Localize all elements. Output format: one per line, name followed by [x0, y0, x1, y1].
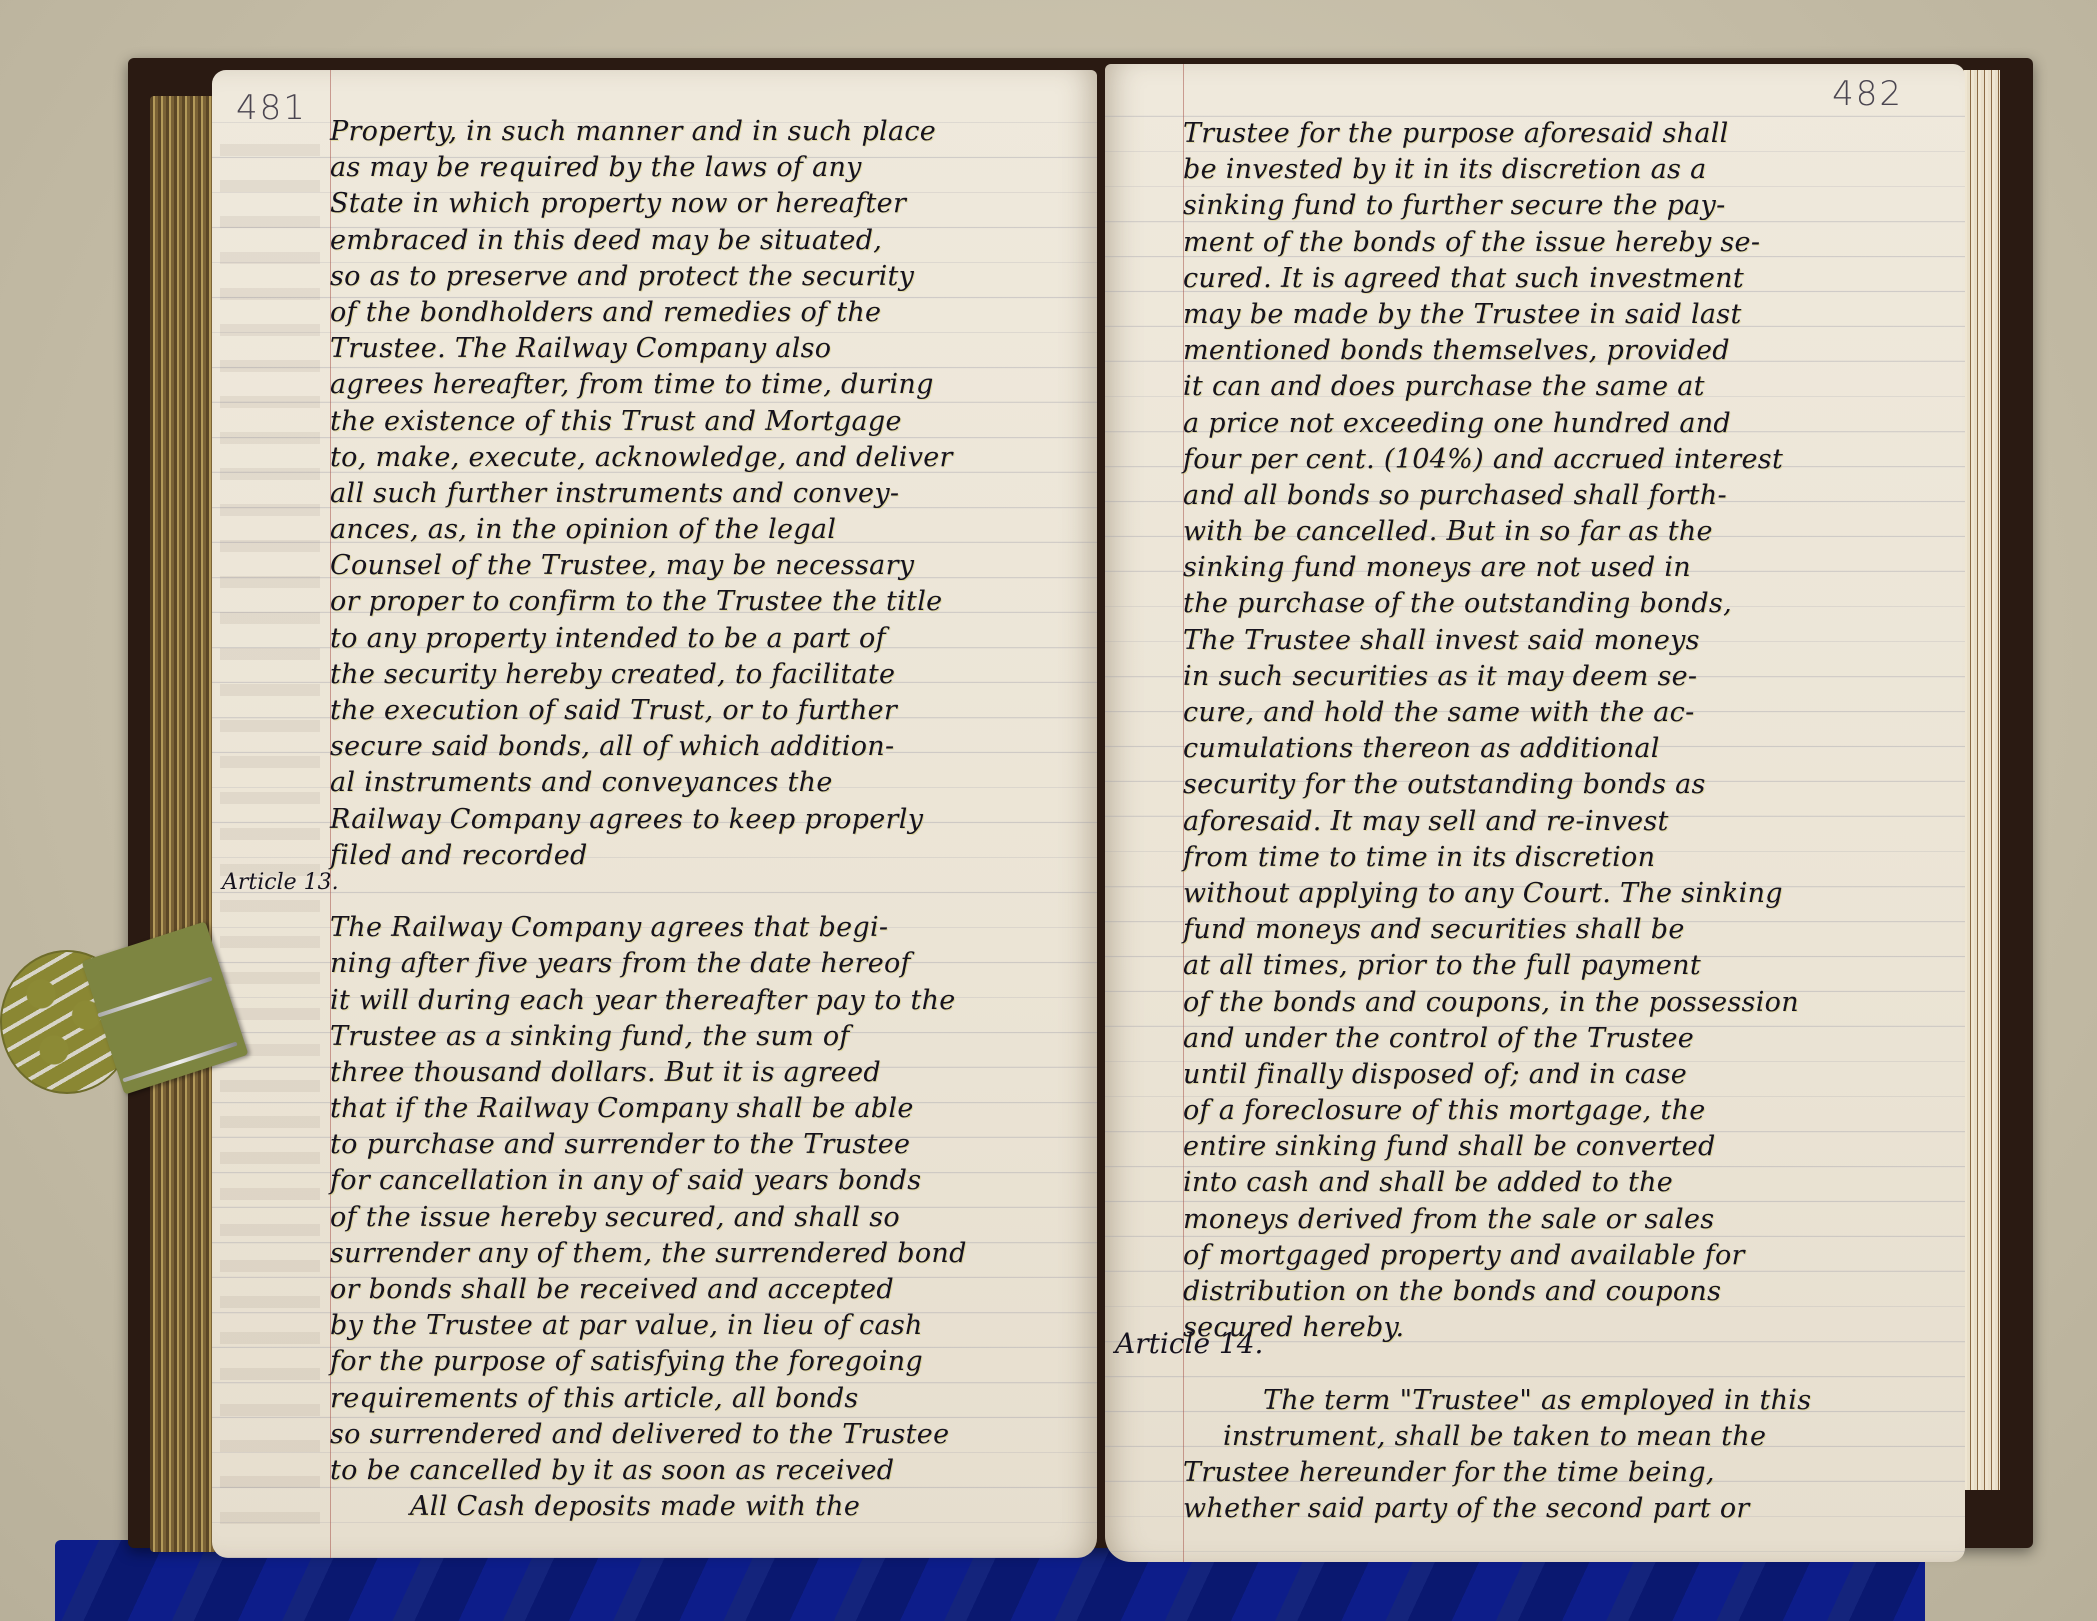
left-page: 481 Property, in such manner and in such… [212, 70, 1097, 1558]
text-line: al instruments and conveyances the [330, 765, 1090, 801]
text-line: that if the Railway Company shall be abl… [330, 1091, 1090, 1127]
text-line: or proper to confirm to the Trustee the … [330, 584, 1090, 620]
article-heading: Article 13. [222, 870, 339, 895]
text-line: cured. It is agreed that such investment [1183, 261, 1953, 297]
text-line: with be cancelled. But in so far as the [1183, 514, 1953, 550]
text-line: four per cent. (104%) and accrued intere… [1183, 442, 1953, 478]
page-number: 481 [236, 88, 307, 128]
text-line: aforesaid. It may sell and re-invest [1183, 804, 1953, 840]
text-line: secure said bonds, all of which addition… [330, 729, 1090, 765]
text-line: for the purpose of satisfying the forego… [330, 1344, 1090, 1380]
text-line: to, make, execute, acknowledge, and deli… [330, 440, 1090, 476]
text-line [1183, 1346, 1953, 1382]
text-line: sinking fund to further secure the pay- [1183, 188, 1953, 224]
text-line: Counsel of the Trustee, may be necessary [330, 548, 1090, 584]
text-line: of a foreclosure of this mortgage, the [1183, 1093, 1953, 1129]
text-line: to any property intended to be a part of [330, 621, 1090, 657]
text-line: mentioned bonds themselves, provided [1183, 333, 1953, 369]
text-line: cure, and hold the same with the ac- [1183, 695, 1953, 731]
text-line: Railway Company agrees to keep properly [330, 802, 1090, 838]
text-line: or bonds shall be received and accepted [330, 1272, 1090, 1308]
text-line: may be made by the Trustee in said last [1183, 297, 1953, 333]
text-line: and under the control of the Trustee [1183, 1021, 1953, 1057]
text-line: Trustee. The Railway Company also [330, 331, 1090, 367]
bleed-through-text [220, 130, 320, 1530]
text-line: Trustee hereunder for the time being, [1183, 1455, 1953, 1491]
text-line: security for the outstanding bonds as [1183, 767, 1953, 803]
text-line [330, 874, 1090, 910]
text-line: the execution of said Trust, or to furth… [330, 693, 1090, 729]
text-line: so surrendered and delivered to the Trus… [330, 1417, 1090, 1453]
text-line: distribution on the bonds and coupons [1183, 1274, 1953, 1310]
text-line: the security hereby created, to facilita… [330, 657, 1090, 693]
text-line: State in which property now or hereafter [330, 186, 1090, 222]
text-line: and all bonds so purchased shall forth- [1183, 478, 1953, 514]
text-line: at all times, prior to the full payment [1183, 948, 1953, 984]
text-line: to be cancelled by it as soon as receive… [330, 1453, 1090, 1489]
text-line: sinking fund moneys are not used in [1183, 550, 1953, 586]
text-line: of mortgaged property and available for [1183, 1238, 1953, 1274]
left-page-text: Property, in such manner and in such pla… [330, 114, 1090, 1525]
text-line: from time to time in its discretion [1183, 840, 1953, 876]
text-line: agrees hereafter, from time to time, dur… [330, 367, 1090, 403]
text-line: it can and does purchase the same at [1183, 369, 1953, 405]
text-line: to purchase and surrender to the Trustee [330, 1127, 1090, 1163]
text-line: Trustee for the purpose aforesaid shall [1183, 116, 1953, 152]
text-line: fund moneys and securities shall be [1183, 912, 1953, 948]
text-line: Property, in such manner and in such pla… [330, 114, 1090, 150]
text-line: for cancellation in any of said years bo… [330, 1163, 1090, 1199]
text-line: in such securities as it may deem se- [1183, 659, 1953, 695]
text-line: as may be required by the laws of any [330, 150, 1090, 186]
text-line: secured hereby. [1183, 1310, 1953, 1346]
text-line: instrument, shall be taken to mean the [1183, 1419, 1953, 1455]
text-line: all such further instruments and convey- [330, 476, 1090, 512]
text-line: ning after five years from the date here… [330, 946, 1090, 982]
page-number: 482 [1832, 74, 1903, 114]
text-line: a price not exceeding one hundred and [1183, 406, 1953, 442]
text-line: The Trustee shall invest said moneys [1183, 623, 1953, 659]
text-line: the purchase of the outstanding bonds, [1183, 586, 1953, 622]
text-line: cumulations thereon as additional [1183, 731, 1953, 767]
text-line: into cash and shall be added to the [1183, 1165, 1953, 1201]
text-line: moneys derived from the sale or sales [1183, 1202, 1953, 1238]
text-line: of the bondholders and remedies of the [330, 295, 1090, 331]
text-line: surrender any of them, the surrendered b… [330, 1236, 1090, 1272]
text-line: of the bonds and coupons, in the possess… [1183, 985, 1953, 1021]
photo-scene: 481 Property, in such manner and in such… [0, 0, 2097, 1621]
article-heading: Article 14. [1115, 1327, 1263, 1360]
text-line: filed and recorded [330, 838, 1090, 874]
text-line: Trustee as a sinking fund, the sum of [330, 1019, 1090, 1055]
text-line: the existence of this Trust and Mortgage [330, 404, 1090, 440]
text-line: so as to preserve and protect the securi… [330, 259, 1090, 295]
text-line: ances, as, in the opinion of the legal [330, 512, 1090, 548]
text-line: whether said party of the second part or [1183, 1491, 1953, 1527]
text-line: by the Trustee at par value, in lieu of … [330, 1308, 1090, 1344]
right-page: 482 Trustee for the purpose aforesaid sh… [1105, 64, 1965, 1562]
text-line: embraced in this deed may be situated, [330, 223, 1090, 259]
text-line: ment of the bonds of the issue hereby se… [1183, 225, 1953, 261]
text-line: All Cash deposits made with the [330, 1489, 1090, 1525]
text-line: The term "Trustee" as employed in this [1183, 1383, 1953, 1419]
binder-clip [0, 900, 260, 1100]
right-page-text: Trustee for the purpose aforesaid shall … [1183, 116, 1953, 1527]
text-line: of the issue hereby secured, and shall s… [330, 1200, 1090, 1236]
text-line: three thousand dollars. But it is agreed [330, 1055, 1090, 1091]
text-line: The Railway Company agrees that begi- [330, 910, 1090, 946]
text-line: entire sinking fund shall be converted [1183, 1129, 1953, 1165]
text-line: until finally disposed of; and in case [1183, 1057, 1953, 1093]
text-line: without applying to any Court. The sinki… [1183, 876, 1953, 912]
page-stack-right [1960, 70, 2000, 1490]
text-line: it will during each year thereafter pay … [330, 983, 1090, 1019]
text-line: be invested by it in its discretion as a [1183, 152, 1953, 188]
text-line: requirements of this article, all bonds [330, 1381, 1090, 1417]
